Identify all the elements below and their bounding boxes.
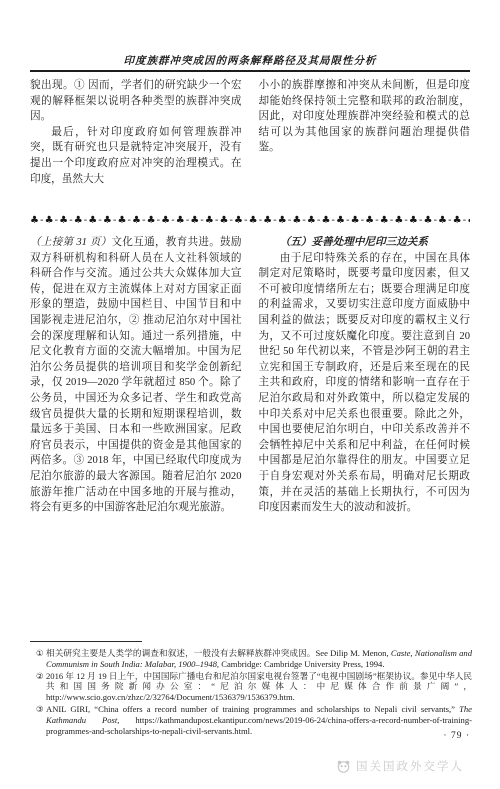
paragraph: （上接第 31 页）文化互通，教育共进。鼓励双方科研机构和科研人员在人文社科领域…: [30, 235, 242, 516]
header-rule: [30, 70, 470, 72]
footnote-segment: , Cambridge: Cambridge University Press,…: [217, 659, 385, 669]
bottom-left-column: （上接第 31 页）文化互通，教育共进。鼓励双方科研机构和科研人员在人文社科领域…: [30, 235, 242, 516]
watermark-logo-icon: [336, 759, 351, 774]
footnote-rule: [30, 641, 142, 642]
footnote-text: ANIL GIRI, “China offers a record number…: [46, 704, 472, 736]
footnote-marker: ②: [30, 671, 46, 703]
watermark-label: 国关国政外交学人: [356, 758, 464, 774]
footnote-text: 相关研究主要是人类学的调查和叙述，一般没有去解释族群冲突成因。See Dilip…: [46, 648, 472, 670]
paragraph-continuation: 貌出现。① 因而，学者们的研究缺少一个宏观的解释框架以说明各种类型的族群冲突成因…: [30, 78, 242, 125]
footnote-marker: ③: [30, 704, 46, 736]
footnote-segment: 2016 年 12 月 19 日上午，中国国际广播电台和尼泊尔国家电视台签署了“…: [46, 671, 472, 703]
footnote-segment: ANIL GIRI, “China offers a record number…: [46, 704, 459, 714]
continued-from-note: （上接第 31 页）: [30, 237, 112, 248]
paragraph: 由于尼印特殊关系的存在，中国在具体制定对尼策略时，既要考量印度因素，但又不可被印…: [259, 251, 471, 516]
footnote-marker: ①: [30, 648, 46, 670]
ornamental-divider: ♣-♣-♣-♣-♣-♣-♣-♣-♣-♣-♣-♣-♣-♣-♣-♣-♣-♣-♣-♣-…: [30, 214, 470, 228]
footnote-3: ③ ANIL GIRI, “China offers a record numb…: [30, 704, 472, 736]
page-number: · 79 ·: [443, 731, 470, 741]
journal-page: 印度族群冲突成因的两条解释路径及其局限性分析 貌出现。① 因而，学者们的研究缺少…: [0, 0, 500, 789]
paragraph-text: 文化互通，教育共进。鼓励双方科研机构和科研人员在人文社科领域的科研合作与交流。通…: [30, 237, 242, 513]
footnote-text: 2016 年 12 月 19 日上午，中国国际广播电台和尼泊尔国家电视台签署了“…: [46, 671, 472, 703]
footnotes: ① 相关研究主要是人类学的调查和叙述，一般没有去解释族群冲突成因。See Dil…: [30, 648, 472, 737]
bottom-text-section: （上接第 31 页）文化互通，教育共进。鼓励双方科研机构和科研人员在人文社科领域…: [30, 235, 470, 516]
top-left-column: 貌出现。① 因而，学者们的研究缺少一个宏观的解释框架以说明各种类型的族群冲突成因…: [30, 78, 242, 187]
paragraph: 最后，针对印度政府如何管理族群冲突，既有研究也只是就特定冲突展开，没有提出一个印…: [30, 125, 242, 187]
footnote-segment: 相关研究主要是人类学的调查和叙述，一般没有去解释族群冲突成因。See Dilip…: [46, 648, 391, 658]
footnote-2: ② 2016 年 12 月 19 日上午，中国国际广播电台和尼泊尔国家电视台签署…: [30, 671, 472, 703]
top-text-section: 貌出现。① 因而，学者们的研究缺少一个宏观的解释框架以说明各种类型的族群冲突成因…: [30, 78, 470, 187]
footnote-1: ① 相关研究主要是人类学的调查和叙述，一般没有去解释族群冲突成因。See Dil…: [30, 648, 472, 670]
paragraph: 小小的族群摩擦和冲突从未间断，但是印度却能始终保持领土完整和联邦的政治制度，因此…: [259, 78, 471, 156]
top-right-column: 小小的族群摩擦和冲突从未间断，但是印度却能始终保持领土完整和联邦的政治制度，因此…: [259, 78, 471, 187]
running-title: 印度族群冲突成因的两条解释路径及其局限性分析: [30, 53, 470, 68]
watermark: 国关国政外交学人: [336, 758, 464, 774]
section-heading: （五）妥善处理中尼印三边关系: [259, 235, 471, 251]
bottom-right-column: （五）妥善处理中尼印三边关系 由于尼印特殊关系的存在，中国在具体制定对尼策略时，…: [259, 235, 471, 516]
